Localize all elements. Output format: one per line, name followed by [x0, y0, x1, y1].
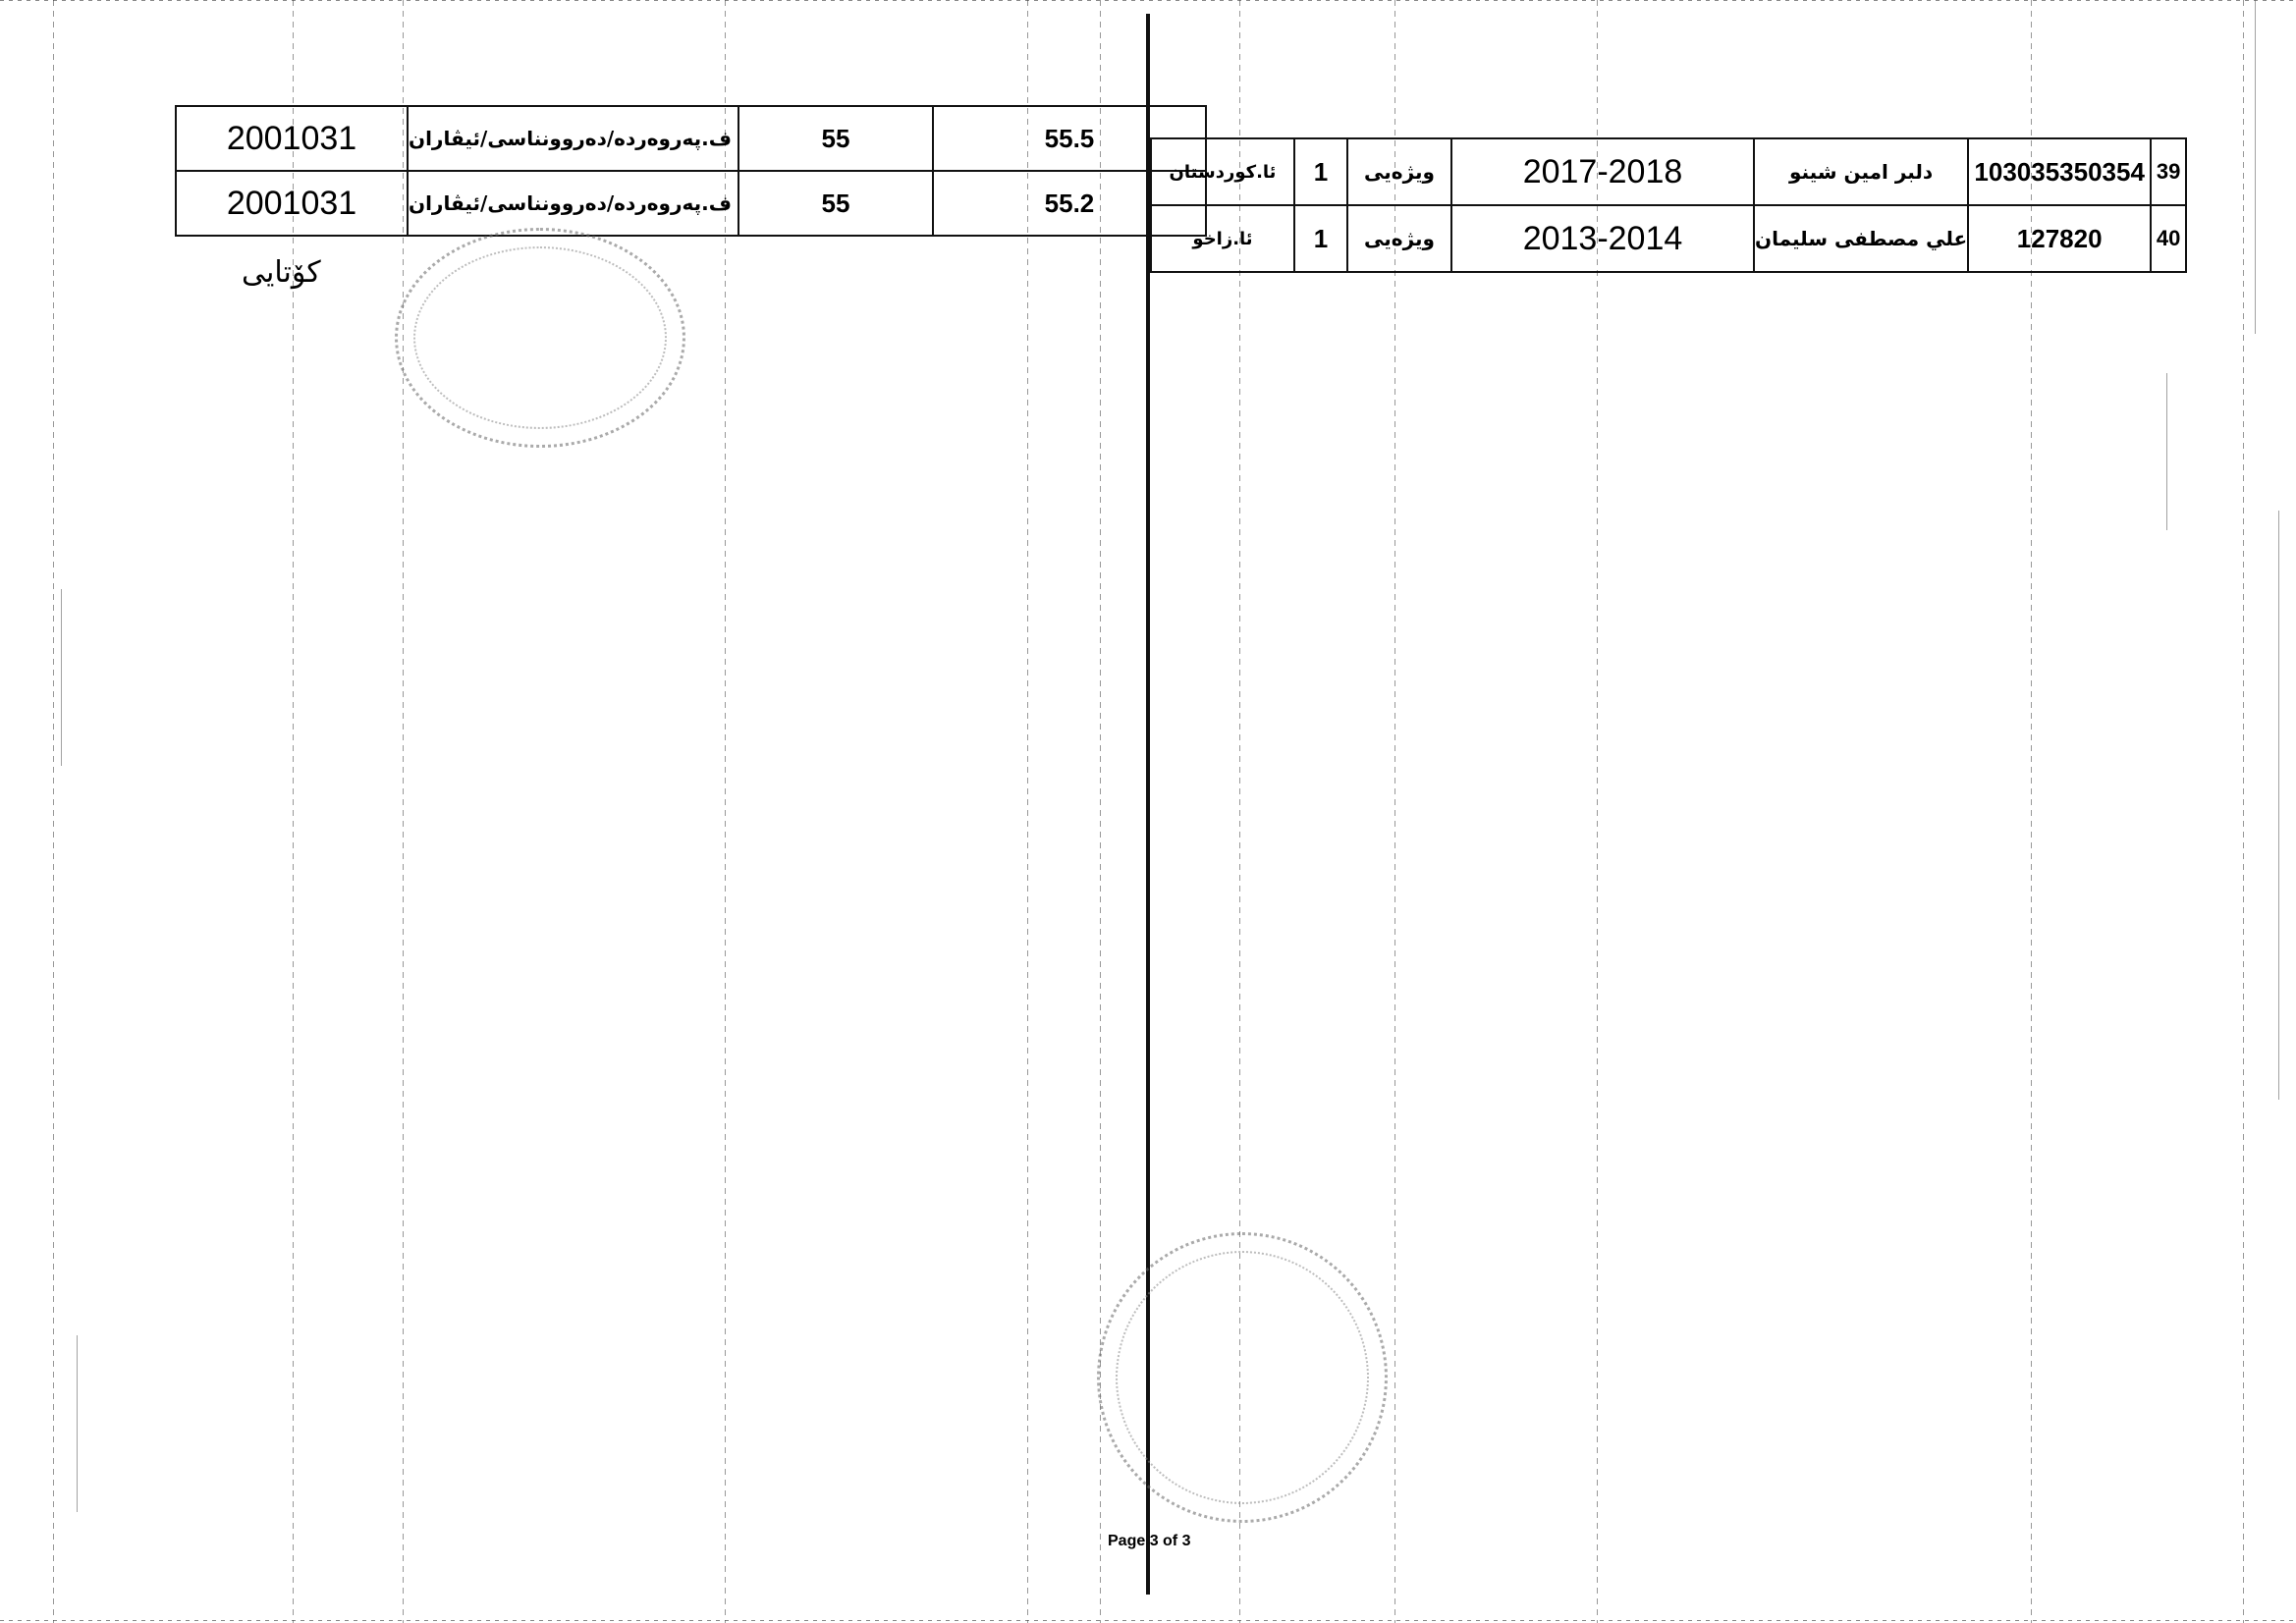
code-cell: 2001031 — [176, 106, 408, 171]
min-grade-cell: 55 — [738, 106, 933, 171]
university-cell: ئا.كوردستان — [1151, 138, 1294, 205]
department-cell: ف.پەروەردە/دەروونناسى/ئیڤاران — [408, 171, 738, 236]
end-of-list-label: کۆتایی — [242, 255, 321, 290]
scan-artifact-line — [77, 1335, 78, 1512]
scan-artifact-line — [2243, 0, 2244, 1623]
student-id-cell: 127820 — [1968, 205, 2151, 272]
scan-artifact-line — [1027, 0, 1028, 1623]
table-row: 2001031 ف.پەروەردە/دەروونناسى/ئیڤاران 55… — [176, 171, 1206, 236]
scan-artifact-line — [2278, 511, 2279, 1100]
student-name-cell: دلبر امين شينو — [1754, 138, 1968, 205]
table-row: 2001031 ف.پەروەردە/دەروونناسى/ئیڤاران 55… — [176, 106, 1206, 171]
scan-artifact-line — [53, 0, 54, 1623]
study-type-cell: ويژەيى — [1347, 205, 1451, 272]
scan-artifact-line — [725, 0, 726, 1623]
student-name-cell: علي مصطفى سليمان — [1754, 205, 1968, 272]
scan-artifact-line — [293, 0, 294, 1623]
study-type-cell: ويژەيى — [1347, 138, 1451, 205]
student-id-cell: 103035350354 — [1968, 138, 2151, 205]
row-index-cell: 39 — [2151, 138, 2186, 205]
page-number: Page 3 of 3 — [1108, 1533, 1190, 1550]
official-seal-icon — [1097, 1232, 1388, 1523]
academic-year-cell: 2013-2014 — [1451, 205, 1754, 272]
scan-artifact-line — [403, 0, 404, 1623]
code-cell: 2001031 — [176, 171, 408, 236]
scan-artifact-line — [61, 589, 62, 766]
min-grade-cell: 55 — [738, 171, 933, 236]
round-cell: 1 — [1294, 138, 1347, 205]
academic-year-cell: 2017-2018 — [1451, 138, 1754, 205]
scan-edge-top — [0, 0, 2296, 1]
round-cell: 1 — [1294, 205, 1347, 272]
scan-edge-bottom — [0, 1620, 2296, 1621]
row-index-cell: 40 — [2151, 205, 2186, 272]
results-table-right: ئا.كوردستان 1 ويژەيى 2017-2018 دلبر امين… — [1150, 137, 2187, 273]
results-table-left: 2001031 ف.پەروەردە/دەروونناسى/ئیڤاران 55… — [175, 105, 1207, 237]
table-row: ئا.زاخو 1 ويژەيى 2013-2014 علي مصطفى سلي… — [1151, 205, 2186, 272]
official-seal-icon — [395, 228, 685, 448]
university-cell: ئا.زاخو — [1151, 205, 1294, 272]
scan-artifact-line — [2166, 373, 2167, 530]
table-row: ئا.كوردستان 1 ويژەيى 2017-2018 دلبر امين… — [1151, 138, 2186, 205]
scan-artifact-line — [2255, 0, 2256, 334]
department-cell: ف.پەروەردە/دەروونناسى/ئیڤاران — [408, 106, 738, 171]
